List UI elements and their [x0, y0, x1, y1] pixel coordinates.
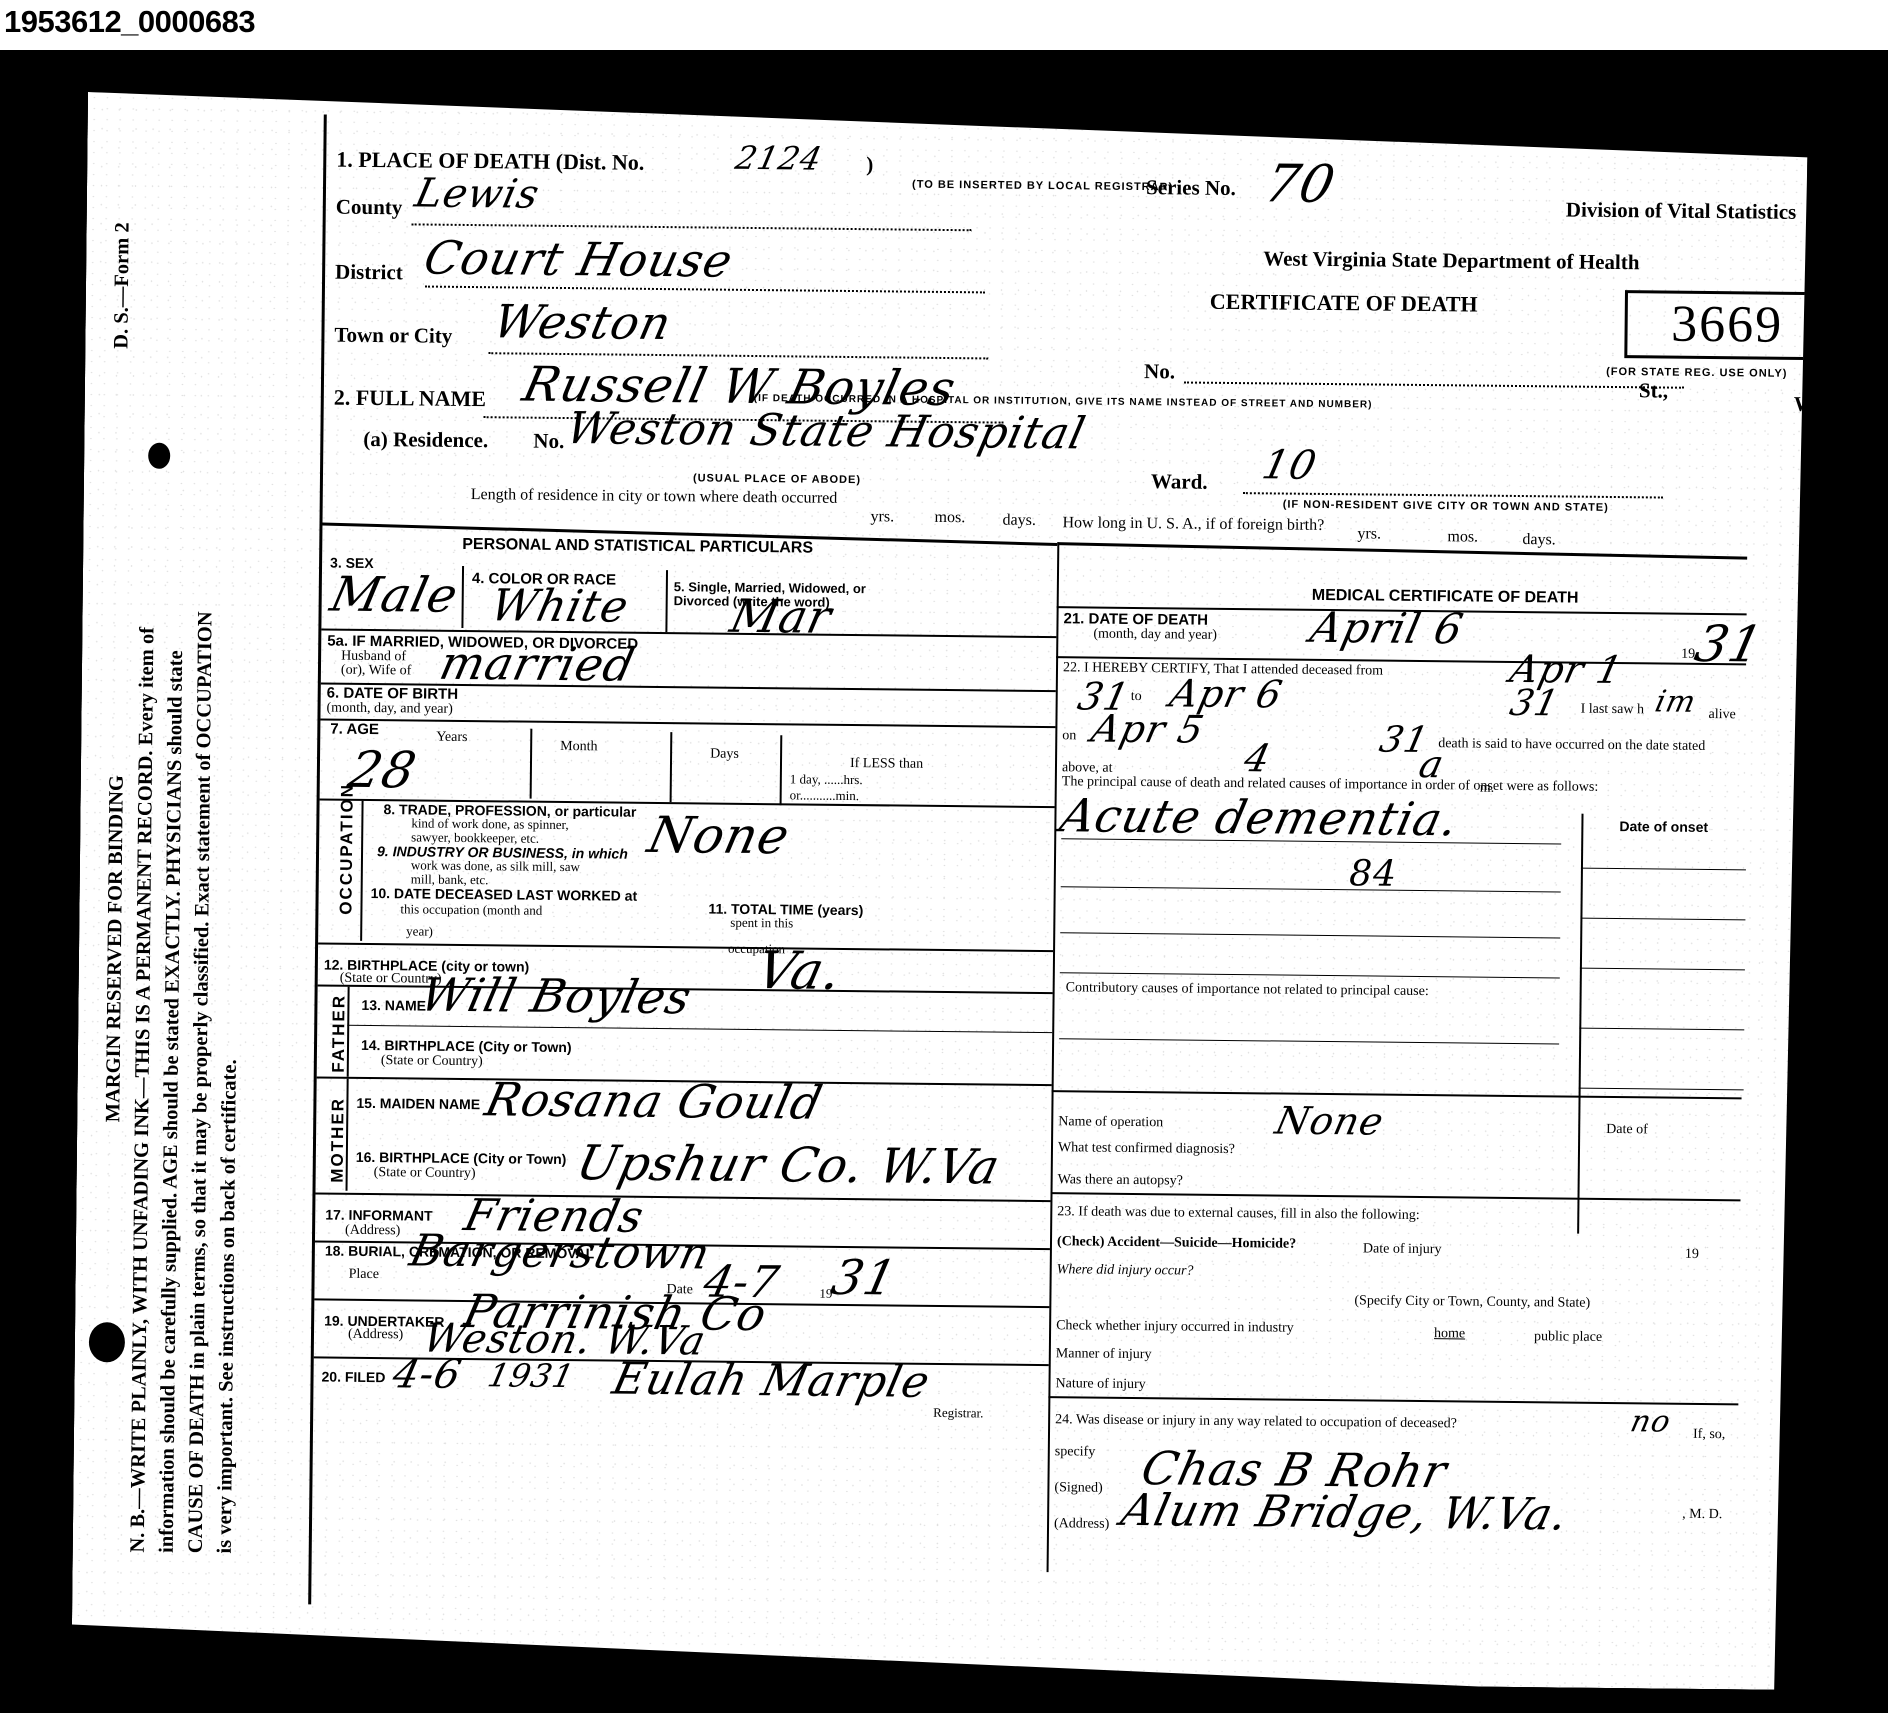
occupation-related-value: no: [1627, 1404, 1674, 1439]
dist-note: (TO BE INSERTED BY LOCAL REGISTRAR): [912, 179, 1173, 194]
if-so-label: If, so,: [1693, 1427, 1725, 1443]
district-value: Court House: [419, 231, 738, 288]
age-month-label: Month: [560, 739, 598, 755]
ward-line: [1243, 492, 1663, 498]
abode-note: (USUAL PLACE OF ABODE): [693, 472, 861, 486]
cause-line: [1060, 972, 1560, 978]
age-label: 7. AGE: [330, 721, 379, 739]
onset-line: [1580, 918, 1745, 921]
less-day-label: 1 day, ......hrs.: [790, 771, 863, 788]
color-value: White: [486, 580, 634, 632]
sex-value: Male: [326, 567, 464, 624]
street-no-label: No.: [1144, 359, 1175, 384]
filed-value: 4-6: [388, 1351, 466, 1398]
total-time-sub-1: spent in this: [730, 915, 793, 932]
town-value: Weston: [489, 294, 677, 350]
district-label: District: [335, 260, 403, 286]
onset-line: [1580, 968, 1745, 971]
image-label: 1953612_0000683: [0, 0, 1888, 50]
external-causes-label: 23. If death was due to external causes,…: [1057, 1204, 1420, 1224]
injury-date-label: Date of injury: [1363, 1241, 1442, 1258]
test-label: What test confirmed diagnosis?: [1058, 1140, 1235, 1158]
residence-value: Weston State Hospital: [562, 403, 1091, 459]
undertaker-sub: (Address): [348, 1327, 403, 1344]
father-birthplace-sub: (State or Country): [381, 1053, 483, 1070]
burial-year-value: 31: [826, 1250, 902, 1307]
certificate-number-note: (FOR STATE REG. USE ONLY): [1606, 366, 1787, 380]
usa-mos: mos.: [1447, 528, 1478, 546]
cell-divider: [780, 735, 783, 805]
on-label: on: [1062, 728, 1076, 744]
ward-label: Ward: [1794, 392, 1846, 418]
trade-value: None: [643, 806, 796, 865]
cause-of-death-value: Acute dementia.: [1055, 788, 1463, 846]
nonresident-note: (IF NON-RESIDENT GIVE CITY OR TOWN AND S…: [1283, 499, 1609, 514]
where-injury-label: Where did injury occur?: [1057, 1262, 1194, 1279]
residence-yrs: yrs.: [870, 508, 894, 526]
manner-label: Manner of injury: [1056, 1346, 1152, 1363]
mother-birthplace-value: Upshur Co. W.Va: [572, 1135, 1006, 1195]
check-manner-label: (Check) Accident—Suicide—Homicide?: [1057, 1234, 1296, 1253]
length-of-residence-label: Length of residence in city or town wher…: [471, 486, 838, 508]
street-line: [1184, 381, 1684, 388]
cell-divider: [530, 729, 533, 799]
county-line: [412, 223, 972, 231]
cause-line: [1060, 932, 1560, 938]
divider: [320, 718, 1055, 728]
date-of-death-sub: (month, day and year): [1093, 627, 1217, 644]
occupation-vertical-label: OCCUPATION: [336, 783, 357, 915]
form-id: D. S.—Form 2: [107, 182, 138, 349]
divider: [1052, 1090, 1742, 1099]
usa-days: days.: [1522, 531, 1556, 549]
usa-yrs: yrs.: [1357, 525, 1381, 543]
registrar-signature: Eulah Marple: [608, 1354, 935, 1408]
check-where-label: Check whether injury occurred in industr…: [1056, 1318, 1294, 1336]
autopsy-label: Was there an autopsy?: [1058, 1172, 1183, 1189]
onset-line: [1581, 868, 1746, 871]
to-year-value: 31: [1506, 683, 1563, 724]
death-certificate: MARGIN RESERVED FOR BINDING D. S.—Form 2…: [71, 92, 1807, 1690]
public-place-label: public place: [1534, 1329, 1602, 1346]
operation-value: None: [1271, 1099, 1388, 1144]
last-worked-sub-2: year): [406, 923, 433, 939]
division-title: Division of Vital Statistics: [1566, 197, 1797, 224]
divider: [1051, 1192, 1741, 1201]
dob-sub: (month, day, and year): [326, 701, 452, 718]
injury-year-prefix: 19: [1685, 1247, 1699, 1263]
mother-name-value: Rosana Gould: [480, 1072, 827, 1129]
street-label: St.,: [1639, 378, 1668, 403]
father-name-label: 13. NAME: [361, 997, 426, 1014]
last-saw-value: im: [1652, 684, 1700, 719]
to-label: to: [1131, 689, 1142, 705]
operation-date-label: Date of: [1606, 1122, 1648, 1138]
cell-divider: [665, 570, 668, 632]
physician-address: Alum Bridge, W.Va.: [1117, 1485, 1574, 1541]
cause-code: 84: [1344, 853, 1401, 894]
cell-divider: [346, 1079, 349, 1191]
last-saw-label: I last saw h: [1581, 702, 1645, 719]
registrar-label: Registrar.: [933, 1405, 983, 1422]
mother-birthplace-sub: (State or Country): [374, 1165, 476, 1182]
alive-label: alive: [1708, 707, 1735, 723]
date-of-death-label: 21. DATE OF DEATH: [1063, 610, 1208, 629]
occupation-related-label: 24. Was disease or injury in any way rel…: [1055, 1412, 1457, 1432]
md-label: , M. D.: [1682, 1507, 1722, 1523]
divider: [318, 942, 1053, 952]
residence-mos: mos.: [934, 509, 965, 527]
death-said-label: death is said to have occurred on the da…: [1438, 736, 1705, 755]
certificate-title: CERTIFICATE OF DEATH: [1210, 289, 1478, 318]
nature-label: Nature of injury: [1055, 1376, 1145, 1393]
cell-divider: [360, 801, 363, 941]
cause-line: [1059, 1038, 1559, 1044]
cell-divider: [461, 566, 464, 628]
personal-section-title: PERSONAL AND STATISTICAL PARTICULARS: [462, 536, 813, 558]
last-saw-date-value: Apr 5: [1087, 707, 1208, 752]
residence-ward-value: 10: [1258, 442, 1321, 488]
birthplace-value: Va.: [751, 941, 848, 1002]
divider: [347, 1025, 1052, 1033]
foreign-birth-label: How long in U. S. A., if of foreign birt…: [1062, 514, 1324, 535]
residence-ward-label: Ward.: [1151, 469, 1208, 495]
specify-place-note: (Specify City or Town, County, and State…: [1354, 1293, 1590, 1311]
cell-divider: [347, 987, 350, 1077]
informant-label: 17. INFORMANT: [325, 1207, 433, 1224]
time-value: 4: [1240, 736, 1275, 780]
address-label: (Address): [1054, 1516, 1109, 1533]
filed-label: 20. FILED: [321, 1369, 385, 1386]
onset-label: Date of onset: [1619, 818, 1708, 835]
specify-label: specify: [1055, 1444, 1096, 1460]
operation-label: Name of operation: [1058, 1114, 1163, 1131]
date-of-death-value: April 6: [1306, 603, 1468, 653]
onset-line: [1579, 1028, 1744, 1031]
dist-close-paren: ): [866, 152, 873, 177]
county-value: Lewis: [411, 170, 544, 217]
series-label: Series No.: [1146, 175, 1236, 201]
less-than-label: If LESS than: [850, 756, 923, 773]
last-worked-sub-1: this occupation (month and: [400, 901, 542, 918]
informant-sub: (Address): [345, 1223, 400, 1240]
onset-column-divider: [1577, 814, 1583, 1234]
ink-blot: [89, 1322, 125, 1362]
series-value: 70: [1259, 154, 1341, 215]
contributory-label: Contributory causes of importance not re…: [1066, 980, 1486, 999]
cause-line: [1061, 886, 1561, 892]
county-label: County: [336, 195, 403, 221]
mother-name-label: 15. MAIDEN NAME: [356, 1095, 480, 1112]
certificate-number: 3669: [1624, 290, 1830, 360]
less-or-label: or...........min.: [790, 787, 860, 804]
department-title: West Virginia State Department of Health: [1263, 246, 1639, 275]
burial-place-label: Place: [349, 1267, 379, 1283]
divider: [1057, 542, 1747, 559]
town-label: Town or City: [334, 323, 452, 349]
father-name-value: Will Boyles: [416, 968, 697, 1025]
residence-days: days.: [1002, 512, 1036, 530]
wife-of-label: (or), Wife of: [341, 663, 411, 680]
home-label: home: [1434, 1326, 1465, 1342]
full-name-label: 2. FULL NAME: [334, 385, 486, 413]
filed-year: 1931: [484, 1356, 578, 1395]
age-years-label: Years: [436, 730, 467, 746]
burial-place-value: Bargerstown: [405, 1226, 715, 1280]
district-number-value: 2124: [732, 139, 826, 178]
residence-no-label: No.: [533, 429, 564, 454]
age-days-label: Days: [710, 747, 739, 763]
onset-line: [1579, 1088, 1744, 1091]
cell-divider: [670, 732, 673, 802]
residence-label: (a) Residence.: [363, 427, 488, 453]
signed-label: (Signed): [1054, 1480, 1102, 1497]
certificate-form: 1. PLACE OF DEATH (Dist. No. 2124 ) (TO …: [308, 114, 1764, 1619]
